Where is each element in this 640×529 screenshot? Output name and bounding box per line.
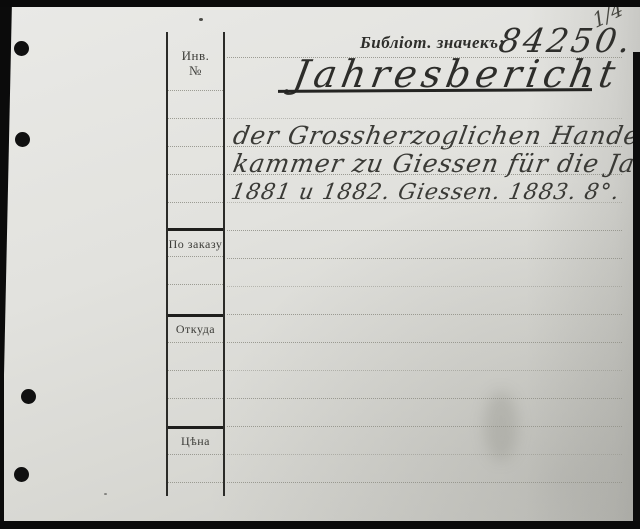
order-label: По заказу (168, 237, 223, 252)
ruling-line (168, 398, 223, 399)
ruling-line (227, 230, 622, 231)
ruling-line (168, 342, 223, 343)
library-mark-label: Библіот. значекъ: (360, 33, 505, 53)
ruling-line (227, 454, 622, 455)
section-divider-line (168, 314, 223, 317)
handwritten-line: kammer zu Giessen für die Jahre (231, 149, 640, 178)
index-column: Инв. № По заказу Откуда Цѣна (166, 32, 225, 496)
ruling-line (168, 284, 223, 285)
ruling-line (168, 256, 223, 257)
ruling-line (168, 174, 223, 175)
handwritten-line: der Grossherzoglichen Handels- (231, 121, 640, 150)
ruling-line (168, 482, 223, 483)
scan-border-bottom (0, 521, 640, 529)
ruling-line (168, 202, 223, 203)
ruling-line (227, 370, 622, 371)
ruling-line (168, 454, 223, 455)
punch-hole (14, 41, 29, 56)
section-divider-line (168, 426, 223, 429)
ruling-line (227, 258, 622, 259)
scan-speck (199, 18, 203, 21)
ruling-line (227, 426, 622, 427)
scan-border-right (633, 52, 640, 522)
origin-label: Откуда (168, 322, 223, 337)
scan-border-top (0, 0, 640, 7)
ruling-line (227, 482, 622, 483)
writing-area (227, 32, 634, 496)
inventory-number-label: Инв. № (168, 48, 223, 78)
section-divider-line (168, 228, 223, 231)
punch-hole (15, 132, 30, 147)
handwritten-line: 1881 u 1882. Giessen. 1883. 8°. (229, 180, 622, 205)
ruling-line (168, 370, 223, 371)
ruling-line (227, 398, 622, 399)
punch-hole (21, 389, 36, 404)
ruling-line (227, 286, 622, 287)
inventory-label-line1: Инв. (168, 48, 223, 63)
inventory-label-line2: № (168, 63, 223, 78)
ruling-line (168, 90, 223, 91)
ruling-line (227, 118, 622, 119)
price-label: Цѣна (168, 434, 223, 449)
punch-hole (14, 467, 29, 482)
scan-speck (104, 493, 107, 495)
ruling-line (227, 314, 622, 315)
ruling-line (168, 146, 223, 147)
ruling-line (227, 342, 622, 343)
ruling-line (168, 118, 223, 119)
